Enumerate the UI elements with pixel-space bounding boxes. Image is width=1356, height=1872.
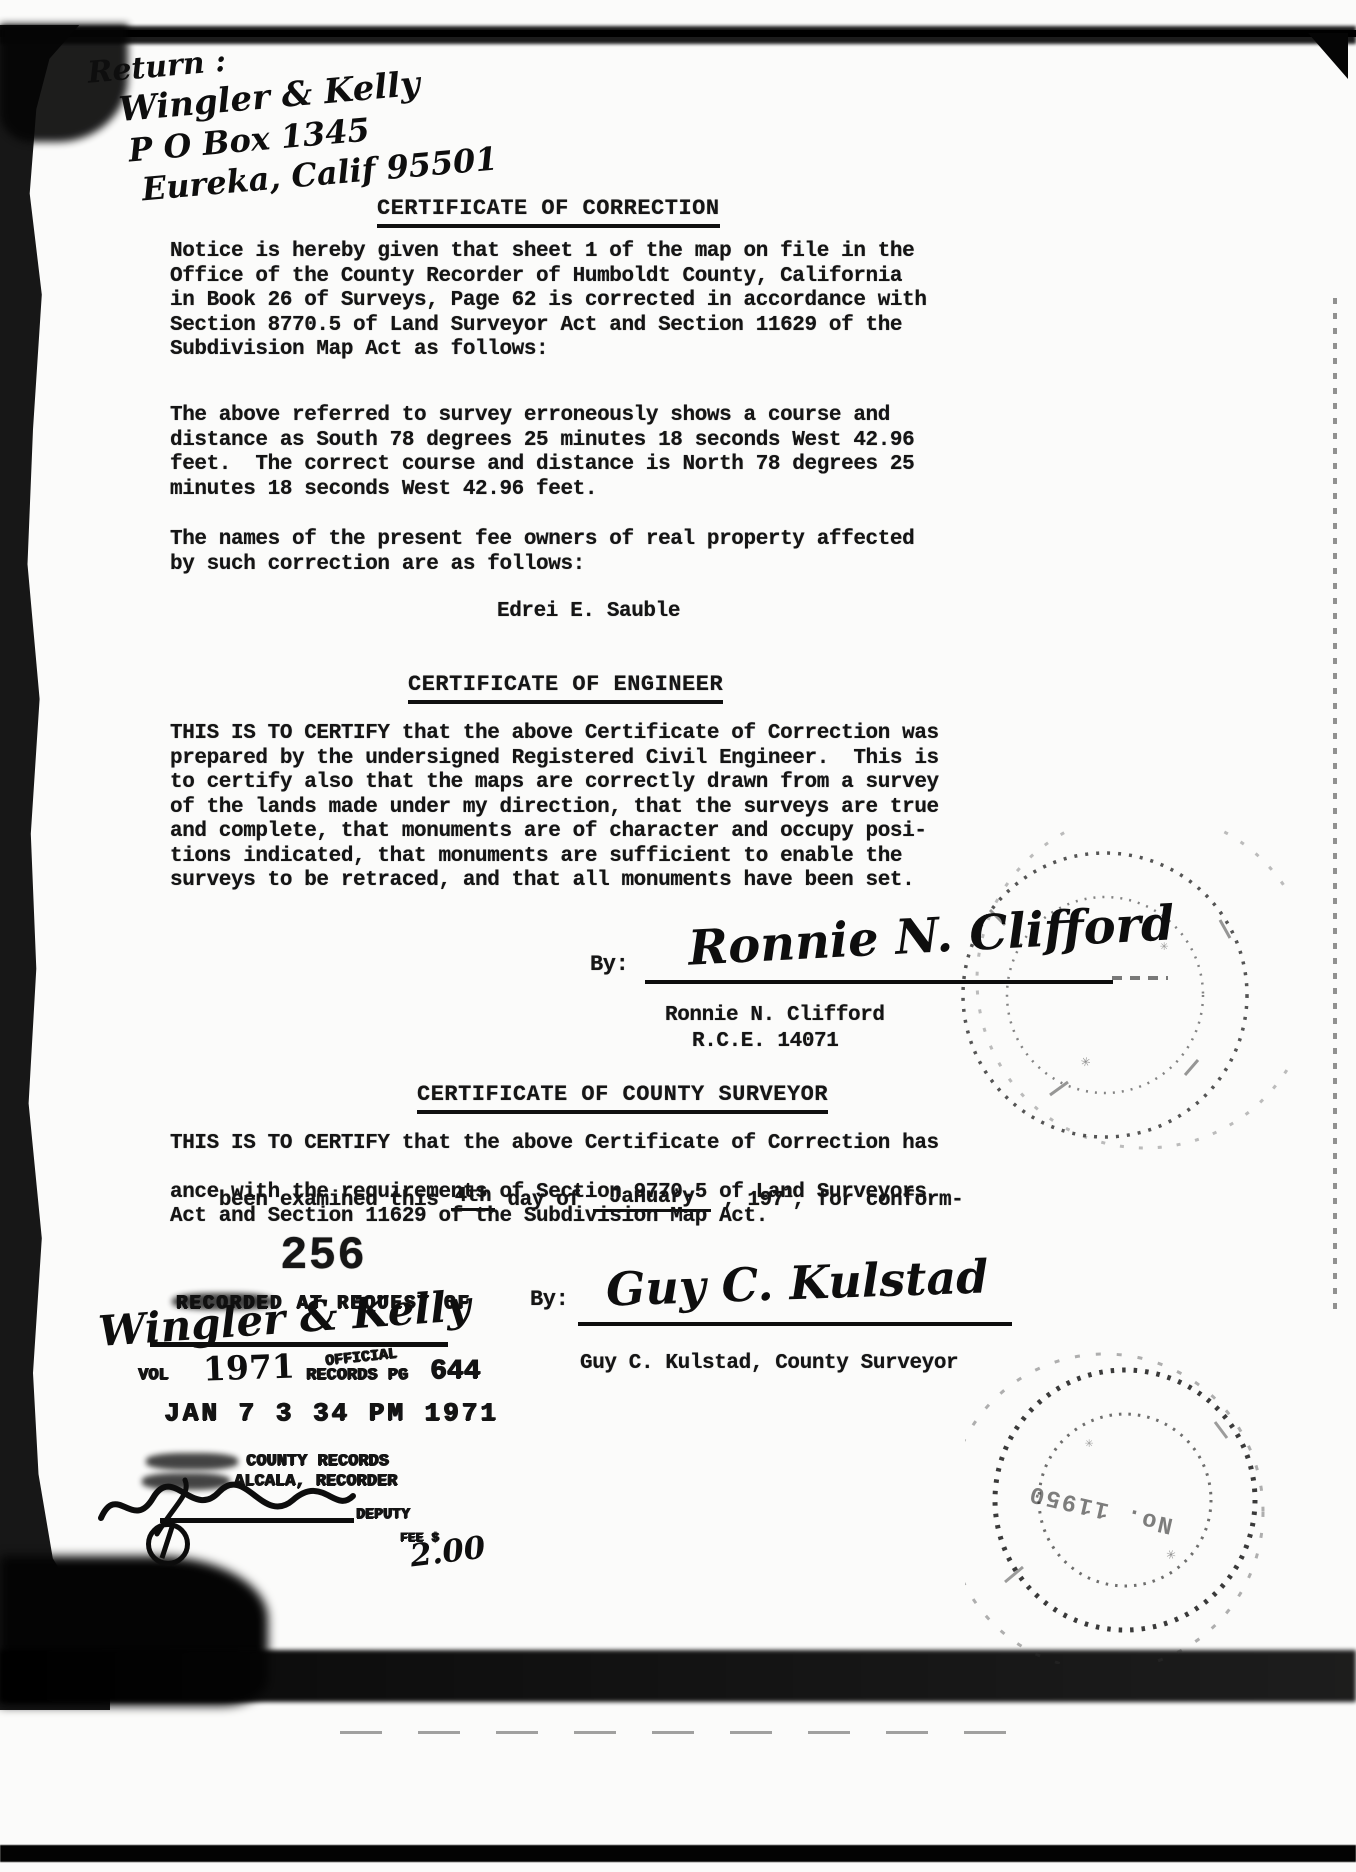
- scan-edge-bottom-band: [0, 1650, 1356, 1702]
- engineer-signature: Ronnie N. Clifford: [687, 895, 1176, 976]
- circled-mark-slash: [160, 1523, 176, 1559]
- engineer-name: Ronnie N. Clifford: [665, 1004, 885, 1029]
- scan-blob-bottom-left: [0, 1556, 268, 1706]
- surveyor-name: Guy C. Kulstad, County Surveyor: [580, 1352, 958, 1377]
- scan-edge-bottom-bar: [0, 1845, 1356, 1862]
- svg-text:✳: ✳: [1085, 1436, 1094, 1452]
- ink-smudge-county: [146, 1453, 238, 1470]
- correction-paragraph-2: The above referred to survey erroneously…: [170, 404, 914, 502]
- page-644: 644: [430, 1356, 480, 1387]
- scanned-document-page: Return : Wingler & Kelly P O Box 1345 Eu…: [0, 0, 1356, 1872]
- circled-mark: [146, 1522, 190, 1566]
- surveyor-line4: Act and Section 11629 of the Subdivision…: [170, 1205, 768, 1230]
- correction-paragraph-1: Notice is hereby given that sheet 1 of t…: [170, 240, 927, 363]
- engineer-license: R.C.E. 14071: [692, 1030, 838, 1055]
- deputy-label: DEPUTY: [356, 1506, 410, 1523]
- surveyor-signature-line: [578, 1322, 1012, 1326]
- surveyor-signature: Guy C. Kulstad: [605, 1249, 989, 1316]
- ink-smudge-recorder: [142, 1473, 230, 1490]
- surveyor-line3: ance with the requirements of Section 97…: [170, 1181, 927, 1206]
- scan-edge-top-line: [0, 30, 1356, 37]
- scan-noise-right: [1333, 298, 1337, 1310]
- surveyor-by-label: By:: [530, 1288, 568, 1313]
- county-records-stamp: COUNTY RECORDS: [246, 1452, 389, 1471]
- correction-paragraph-3: The names of the present fee owners of r…: [170, 528, 914, 577]
- county-surveyor-seal: No. 11950 ✳ ✳: [965, 1352, 1295, 1664]
- datetime-stamp: JAN 7 3 34 PM 1971: [164, 1398, 499, 1428]
- surveyor-title: CERTIFICATE OF COUNTY SURVEYOR: [417, 1082, 828, 1114]
- records-pg-stamp: RECORDS PG: [306, 1366, 408, 1385]
- scan-corner-mark: [1308, 33, 1348, 79]
- recorder-stamp: ALCALA, RECORDER: [234, 1472, 397, 1491]
- engineer-title: CERTIFICATE OF ENGINEER: [408, 672, 723, 704]
- deputy-underline: [160, 1518, 354, 1523]
- engineer-signature-line: [645, 980, 1113, 984]
- engineer-paragraph: THIS IS TO CERTIFY that the above Certif…: [170, 722, 939, 894]
- engineer-seal: ✳ ✳: [930, 830, 1290, 1160]
- scan-edge-top: [0, 26, 1356, 44]
- svg-text:✳: ✳: [1163, 1545, 1179, 1565]
- page-number: 256: [280, 1230, 366, 1282]
- svg-text:✳: ✳: [1079, 1052, 1093, 1072]
- scan-edge-left: [0, 25, 110, 1710]
- scan-dashes-bottom: [340, 1731, 1016, 1734]
- owner-name: Edrei E. Sauble: [497, 600, 680, 625]
- requester-underline: [150, 1342, 448, 1347]
- return-address: Return : Wingler & Kelly P O Box 1345 Eu…: [86, 25, 455, 207]
- scan-dashes-signature: [1112, 976, 1168, 980]
- seal-number: No. 11950: [1026, 1478, 1176, 1538]
- vol-year-handwritten: 1971: [202, 1346, 295, 1388]
- correction-title: CERTIFICATE OF CORRECTION: [377, 196, 720, 228]
- vol-label: VOL: [138, 1366, 169, 1385]
- fee-amount-handwritten: 2.00: [408, 1530, 487, 1575]
- surveyor-line1: THIS IS TO CERTIFY that the above Certif…: [170, 1132, 939, 1157]
- engineer-by-label: By:: [590, 953, 628, 978]
